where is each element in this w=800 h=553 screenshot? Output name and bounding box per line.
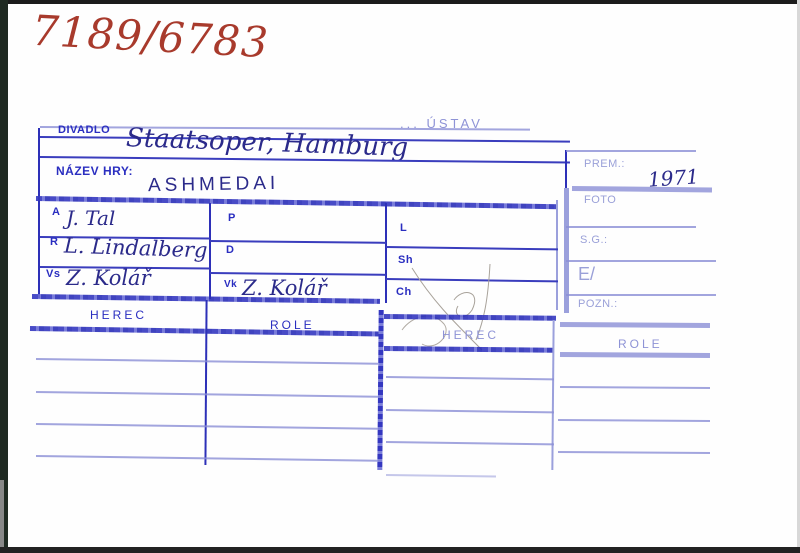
photo-bottom-rule: [566, 226, 696, 228]
play-title-label: NÁZEV HRY:: [56, 164, 133, 178]
cast-header-actor-1: HEREC: [90, 308, 147, 322]
cast-row-rule: [386, 441, 554, 445]
premiere-top-rule: [566, 150, 696, 152]
credit-value-author: J. Tal: [66, 206, 115, 230]
cast-header-actor-2: HEREC: [442, 328, 499, 342]
credit-value-scenery: Z. Kolář: [66, 266, 151, 290]
cast-col-divider-1: [204, 300, 207, 465]
credits-row-rule-p: [210, 240, 386, 243]
cast-header-role-2: ROLE: [618, 337, 663, 351]
credit-label-p: P: [228, 212, 236, 224]
right-col-border-upper: [565, 150, 567, 190]
premiere-bottom-rule: [572, 186, 712, 192]
credit-label-author: A: [52, 206, 60, 218]
note-label: POZN.:: [578, 298, 618, 310]
credits-col-divider-2: [385, 203, 387, 303]
cast-row-rule: [386, 474, 496, 477]
credit-label-scenery: Vs: [46, 268, 60, 280]
premiere-label: PREM.:: [584, 158, 625, 170]
pencil-scribble-mark: [392, 260, 502, 360]
cast-header-top-rule-right: [560, 322, 710, 328]
credits-col-divider-3: [556, 200, 558, 310]
cast-row-rule: [558, 419, 710, 422]
credit-value-director: L. Lindalberg: [64, 234, 208, 263]
cast-row-rule: [36, 423, 378, 429]
sg-bottom-rule: [566, 260, 716, 262]
play-title-value: ASHMEDAI: [148, 173, 280, 197]
left-border: [38, 128, 40, 298]
cast-row-rule: [36, 455, 378, 461]
cast-row-rule: [558, 451, 710, 454]
photo-label: FOTO: [584, 194, 616, 206]
cast-col-divider-2: [377, 310, 383, 470]
scan-border-bottom: [0, 547, 800, 553]
scan-border-left: [0, 0, 8, 553]
cast-col-divider-3: [551, 320, 554, 470]
credit-label-d: D: [226, 244, 234, 256]
catalog-number: 7189/6783: [31, 6, 270, 67]
cast-row-rule: [36, 391, 378, 397]
sg-label: S.G.:: [580, 234, 608, 246]
credit-label-l: L: [400, 222, 407, 234]
cast-row-rule: [386, 376, 554, 380]
scan-border-left-lower: [0, 480, 4, 553]
credits-row-rule-d: [210, 272, 386, 275]
credits-col-divider-1: [209, 203, 211, 299]
theatre-label: DIVADLO: [58, 124, 110, 136]
credit-label-director: R: [50, 236, 58, 248]
credit-label-costumes: Vk: [224, 279, 237, 290]
cast-row-rule: [386, 409, 554, 413]
scan-border-top: [0, 0, 800, 4]
cast-row-rule: [560, 386, 710, 389]
e-label: E/: [578, 264, 595, 285]
credits-row-rule-l: [386, 246, 558, 250]
cast-header-bottom-rule-right: [560, 352, 710, 358]
e-bottom-rule: [566, 294, 716, 296]
